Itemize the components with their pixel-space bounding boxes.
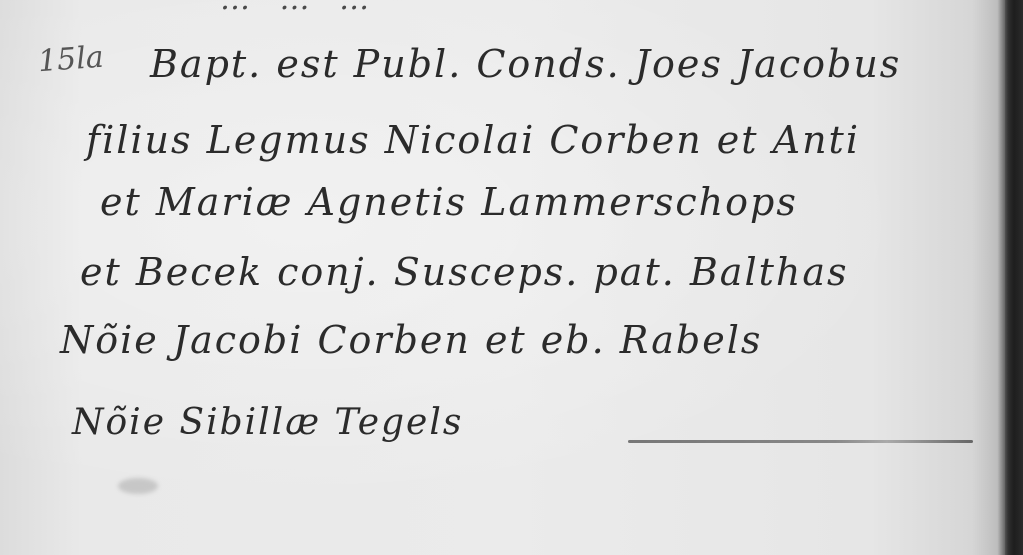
entry-line-2: filius Legmus Nicolai Corben et Anti bbox=[86, 118, 860, 162]
entry-line-5: Nõie Jacobi Corben et eb. Rabels bbox=[60, 318, 762, 362]
previous-entry-remnant: … … … bbox=[220, 0, 379, 17]
closing-dash-line bbox=[628, 440, 973, 443]
entry-line-6: Nõie Sibillæ Tegels bbox=[72, 402, 463, 443]
margin-note: 15la bbox=[37, 40, 105, 79]
register-page: … … … 15la Bapt. est Publ. Conds. Joes J… bbox=[0, 0, 1023, 555]
entry-line-1: Bapt. est Publ. Conds. Joes Jacobus bbox=[150, 42, 901, 86]
book-binding-edge bbox=[1005, 0, 1023, 555]
entry-line-3: et Mariæ Agnetis Lammerschops bbox=[100, 180, 798, 224]
ink-stain bbox=[118, 478, 158, 494]
entry-line-4: et Becek conj. Susceps. pat. Balthas bbox=[80, 250, 849, 294]
